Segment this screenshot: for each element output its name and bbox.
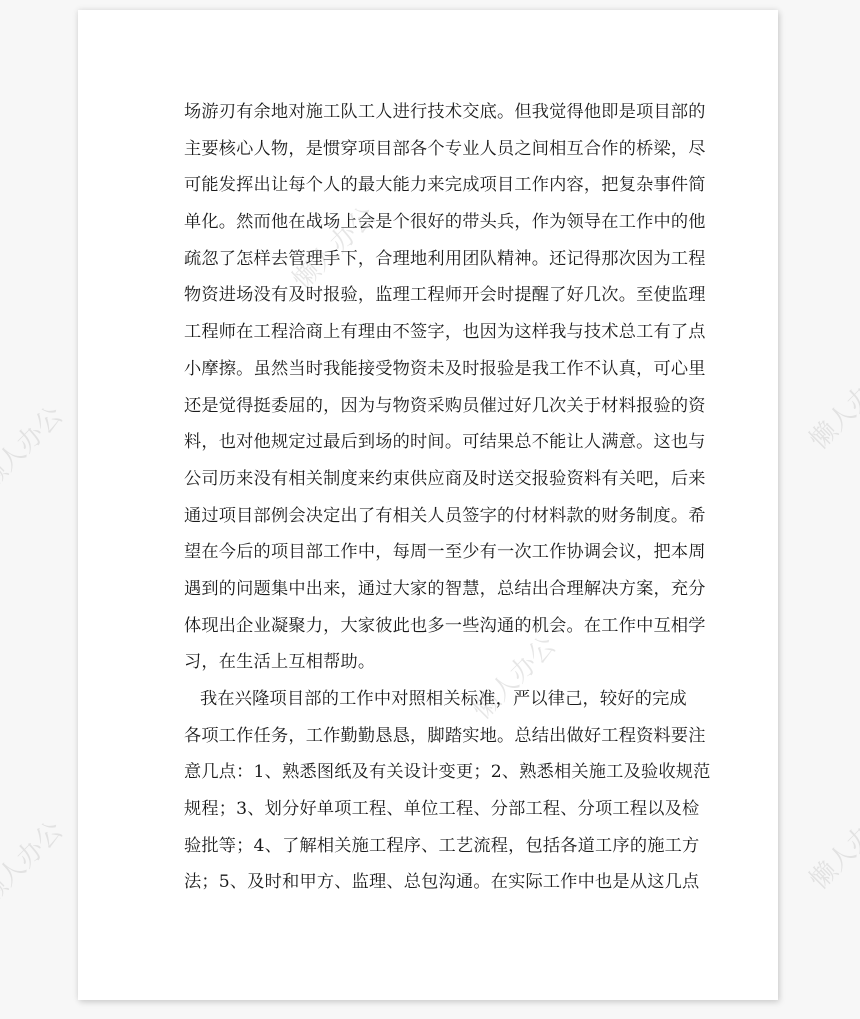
text-line: 疏忽了怎样去管理手下，合理地利用团队精神。还记得那次因为工程 <box>184 241 674 278</box>
text-line: 规程；3、划分好单项工程、单位工程、分部工程、分项工程以及检 <box>184 791 674 828</box>
watermark-right-bottom: 懒人办公 <box>800 796 860 896</box>
text-line: 验批等；4、了解相关施工程序、工艺流程，包括各道工序的施工方 <box>184 828 674 865</box>
text-line: 工程师在工程洽商上有理由不签字，也因为这样我与技术总工有了点 <box>184 314 674 351</box>
watermark-left-bottom: 懒人办公 <box>0 811 70 911</box>
text-line: 场游刃有余地对施工队工人进行技术交底。但我觉得他即是项目部的 <box>184 94 674 131</box>
text-line: 我在兴隆项目部的工作中对照相关标准，严以律己，较好的完成 <box>184 681 674 718</box>
text-line: 望在今后的项目部工作中，每周一至少有一次工作协调会议，把本周 <box>184 534 674 571</box>
text-line: 料，也对他规定过最后到场的时间。可结果总不能让人满意。这也与 <box>184 424 674 461</box>
paragraph-1: 场游刃有余地对施工队工人进行技术交底。但我觉得他即是项目部的 主要核心人物，是惯… <box>184 94 674 681</box>
text-line: 法；5、及时和甲方、监理、总包沟通。在实际工作中也是从这几点 <box>184 864 674 901</box>
text-line: 体现出企业凝聚力，大家彼此也多一些沟通的机会。在工作中互相学 <box>184 608 674 645</box>
text-line: 物资进场没有及时报验，监理工程师开会时提醒了好几次。至使监理 <box>184 277 674 314</box>
text-line: 各项工作任务，工作勤勤恳恳，脚踏实地。总结出做好工程资料要注 <box>184 718 674 755</box>
text-line: 主要核心人物，是惯穿项目部各个专业人员之间相互合作的桥梁，尽 <box>184 131 674 168</box>
text-line: 意几点：1、熟悉图纸及有关设计变更；2、熟悉相关施工及验收规范 <box>184 754 674 791</box>
document-viewer: 懒人办公 懒人办公 懒人办公 懒人办公 懒人办公 懒人办公 场游刃有余地对施工队… <box>0 0 860 1019</box>
watermark-right-top: 懒人办公 <box>800 356 860 456</box>
document-page: 懒人办公 懒人办公 场游刃有余地对施工队工人进行技术交底。但我觉得他即是项目部的… <box>78 10 778 1000</box>
text-line: 可能发挥出让每个人的最大能力来完成项目工作内容，把复杂事件简 <box>184 167 674 204</box>
text-line: 公司历来没有相关制度来约束供应商及时送交报验资料有关吧，后来 <box>184 461 674 498</box>
watermark-left-top: 懒人办公 <box>0 396 70 496</box>
paragraph-2: 我在兴隆项目部的工作中对照相关标准，严以律己，较好的完成 各项工作任务，工作勤勤… <box>184 681 674 901</box>
text-line: 单化。然而他在战场上会是个很好的带头兵，作为领导在工作中的他 <box>184 204 674 241</box>
text-line: 通过项目部例会决定出了有相关人员签字的付材料款的财务制度。希 <box>184 498 674 535</box>
document-body: 场游刃有余地对施工队工人进行技术交底。但我觉得他即是项目部的 主要核心人物，是惯… <box>184 94 674 901</box>
text-line: 小摩擦。虽然当时我能接受物资未及时报验是我工作不认真，可心里 <box>184 351 674 388</box>
text-line: 遇到的问题集中出来，通过大家的智慧，总结出合理解决方案，充分 <box>184 571 674 608</box>
text-line: 还是觉得挺委屈的，因为与物资采购员催过好几次关于材料报验的资 <box>184 388 674 425</box>
text-line: 习，在生活上互相帮助。 <box>184 644 674 681</box>
